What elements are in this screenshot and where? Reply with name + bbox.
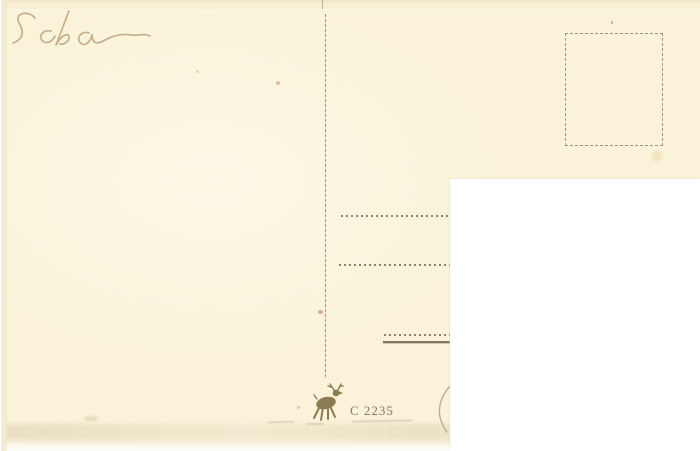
deer-glyph xyxy=(311,382,347,424)
foxing-spot xyxy=(652,150,662,162)
handwritten-note xyxy=(5,5,155,62)
address-line-3 xyxy=(384,334,456,336)
address-line-2 xyxy=(339,264,456,266)
foxing-spot xyxy=(297,406,300,409)
foxing-spot xyxy=(84,416,98,421)
foxing-spot xyxy=(196,70,199,73)
divider-top-tick xyxy=(322,0,323,9)
deer-logo-icon xyxy=(311,382,347,429)
foxing-spot xyxy=(276,81,280,85)
card-left-edge xyxy=(0,0,8,451)
white-overlay xyxy=(450,179,700,451)
card-number: C 2235 xyxy=(350,403,394,418)
address-underline xyxy=(383,341,456,343)
postcard-scan: C 2235 xyxy=(0,0,700,451)
stamp-box xyxy=(565,33,663,146)
divider-line xyxy=(325,14,326,378)
address-line-1 xyxy=(341,215,456,217)
foxing-spot xyxy=(318,310,323,314)
print-speck xyxy=(611,21,613,24)
handwriting-strokes xyxy=(5,5,155,57)
